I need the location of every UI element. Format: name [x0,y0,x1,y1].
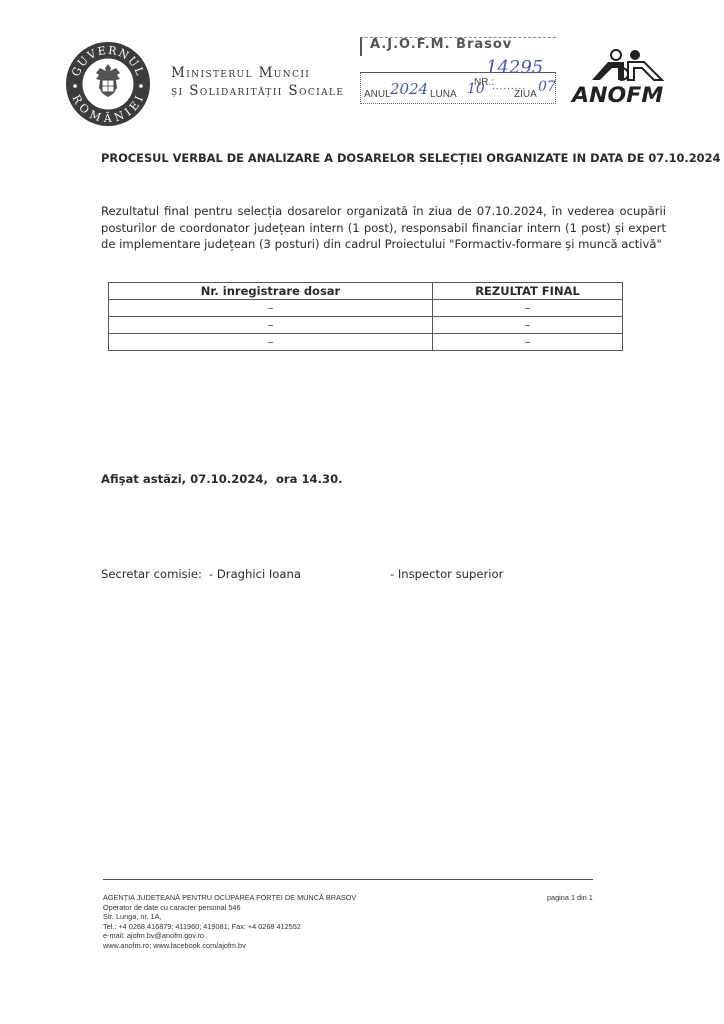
results-table: Nr. inregistrare dosar REZULTAT FINAL – … [108,282,623,351]
secretary-name: - Draghici Ioana [209,567,301,581]
registration-number-cell: – [109,300,433,317]
ministry-name-line2: și Solidarității Sociale [171,82,344,100]
stamp-month-label: LUNA [430,89,457,100]
column-header-final-result: REZULTAT FINAL [433,283,623,300]
footer-operator: Operator de date cu caracter personal 54… [103,903,356,913]
stamp-month-value: 10 [467,81,485,97]
stamp-nr-value: 14295 [486,57,543,78]
footer-address: Str. Lunga, nr. 1A, [103,912,356,922]
footer-phone: Tel.: +4 0268 416879; 411960; 419081; Fa… [103,922,356,932]
registration-stamp-office: A.J.O.F.M. Brasov [370,37,512,52]
footer-agency-name: AGENȚIA JUDEȚEANĂ PENTRU OCUPAREA FORȚEI… [103,893,356,903]
footer-contact-info: AGENȚIA JUDEȚEANĂ PENTRU OCUPAREA FORȚEI… [103,893,356,951]
final-result-cell: – [433,317,623,334]
final-result-cell: – [433,300,623,317]
stamp-day-label: ZIUA [514,89,537,100]
footer-divider [103,879,593,880]
posted-notice: Afişat astăzi, 07.10.2024, ora 14.30. [101,472,343,486]
table-row: – – [109,334,623,351]
intro-paragraph: Rezultatul final pentru selecția dosarel… [101,203,666,253]
stamp-year-value: 2024 [390,80,428,98]
stamp-year-label: ANUL [364,89,391,100]
footer-email: e-mail: ajofm.bv@anofm.gov.ro [103,931,356,941]
document-title: PROCESUL VERBAL DE ANALIZARE A DOSARELOR… [101,151,720,165]
secretary-role: - Inspector superior [390,567,503,581]
column-header-registration-number: Nr. inregistrare dosar [109,283,433,300]
registration-number-cell: – [109,334,433,351]
footer-web: www.anofm.ro; www.facebook.com/ajofm.bv [103,941,356,951]
table-header-row: Nr. inregistrare dosar REZULTAT FINAL [109,283,623,300]
anofm-logo-text: ANOFM [572,83,663,107]
table-row: – – [109,317,623,334]
table-row: – – [109,300,623,317]
government-seal-icon: GUVERNUL ROMÂNIEI [66,42,150,126]
stamp-day-value: 07 [538,79,556,95]
registration-number-cell: – [109,317,433,334]
ministry-name-line1: Ministerul Muncii [171,64,344,82]
ministry-name: Ministerul Muncii și Solidarității Socia… [171,64,344,100]
final-result-cell: – [433,334,623,351]
secretary-label: Secretar comisie: [101,567,202,581]
page-number: pagina 1 din 1 [547,893,593,902]
